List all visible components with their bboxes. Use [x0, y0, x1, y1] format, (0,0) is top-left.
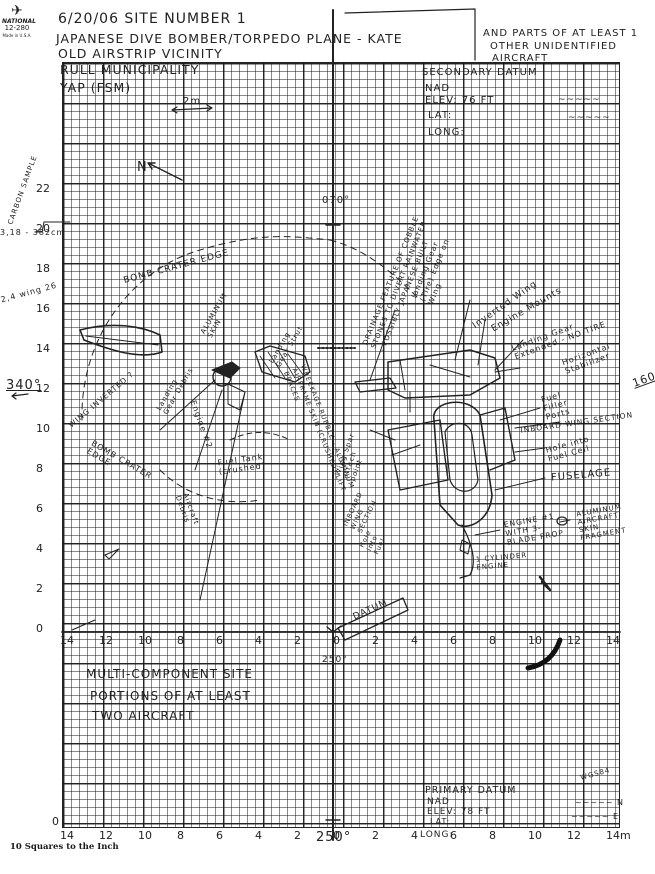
made-in: Made in U.S.A. — [2, 32, 32, 39]
x-axis-label: 4 — [411, 634, 418, 647]
y-axis-label: 12 — [36, 382, 50, 395]
x-axis-label: 10 — [138, 634, 152, 647]
bottom-y-zero: 0 — [52, 815, 59, 828]
aircraft-description-b: AND PARTS OF AT LEAST 1 — [483, 28, 638, 39]
region: YAP (FSM) — [60, 80, 131, 95]
x-axis-label: 0 — [333, 829, 340, 842]
y-axis-label: 6 — [36, 502, 43, 515]
x-axis-label: 4 — [255, 829, 262, 842]
carbon-sample-note: CARBON SAMPLE — [6, 154, 39, 225]
y-axis-label: 0 — [36, 622, 43, 635]
x-axis-label: 12 — [99, 829, 113, 842]
secondary-datum-redacted-lat: ~~~~~ — [558, 95, 601, 105]
x-axis-label: 8 — [177, 634, 184, 647]
x-axis-label: 2 — [372, 634, 379, 647]
x-axis-label: 2 — [294, 634, 301, 647]
secondary-datum-lat: LAT: — [428, 110, 452, 121]
x-axis-label: 8 — [489, 634, 496, 647]
primary-datum-title: PRIMARY DATUM — [425, 785, 517, 796]
bearing-160: 160° — [631, 367, 655, 390]
primary-datum-lat: LAT: — [430, 817, 450, 826]
x-axis-label: 4 — [255, 634, 262, 647]
x-axis-label: 8 — [489, 829, 496, 842]
y-axis-label: 14 — [36, 342, 50, 355]
primary-datum-nad: NAD — [427, 797, 450, 807]
x-axis-label: 12 — [567, 829, 581, 842]
site-location: OLD AIRSTRIP VICINITY — [58, 46, 223, 61]
primary-datum-redacted-long: ~~~~~ E — [571, 812, 619, 821]
x-axis-label: 14 — [60, 634, 74, 647]
site-note-line1: MULTI-COMPONENT SITE — [86, 667, 253, 681]
y-axis-label: 20 — [36, 222, 50, 235]
y-axis-label: 22 — [36, 182, 50, 195]
paper-footer-note: 10 Squares to the Inch — [10, 842, 119, 852]
x-axis-label: 6 — [216, 634, 223, 647]
x-axis-label: 14 — [60, 829, 74, 842]
x-axis-label: 2 — [294, 829, 301, 842]
x-axis-label: 4 — [411, 829, 418, 842]
paper-brand-logo: ✈ NATIONAL 12-280 Made in U.S.A. — [2, 4, 32, 39]
x-axis-label: 14m — [606, 829, 631, 842]
x-axis-label: 6 — [216, 829, 223, 842]
aircraft-description: JAPANESE DIVE BOMBER/TORPEDO PLANE - KAT… — [56, 31, 403, 46]
y-axis-label: 10 — [36, 422, 50, 435]
aircraft-description-c: OTHER UNIDENTIFIED — [490, 41, 617, 52]
secondary-datum-title: SECONDARY DATUM — [422, 67, 538, 78]
x-axis-label: 10 — [528, 829, 542, 842]
y-axis-label: 8 — [36, 462, 43, 475]
x-axis-label: 10 — [528, 634, 542, 647]
secondary-datum-nad: NAD — [425, 83, 450, 94]
x-axis-label: 14 — [606, 634, 620, 647]
catalog-number: 12-280 — [2, 25, 32, 32]
wing-sample-note: 2,4 wing 26 — [0, 281, 58, 305]
municipality: RULL MUNICIPALITY — [60, 62, 199, 77]
secondary-datum-redacted-long: ~~~~~ — [568, 113, 611, 123]
x-axis-label: 2 — [372, 829, 379, 842]
x-axis-label: 12 — [567, 634, 581, 647]
bearing-070: 070° — [322, 195, 350, 206]
date-site-number: 6/20/06 SITE NUMBER 1 — [58, 11, 247, 27]
scale-label: 2m — [183, 96, 201, 107]
sample-depth-note: 3,18 - 382cm — [0, 228, 65, 237]
secondary-datum-elev: ELEV: 76 FT — [425, 95, 494, 106]
primary-datum-elev: ELEV: 78 FT — [427, 807, 491, 817]
x-axis-label: 12 — [99, 634, 113, 647]
north-label: N — [137, 160, 148, 175]
brand-mark-icon: ✈ — [2, 4, 32, 18]
primary-datum-long: LONG: — [420, 830, 454, 840]
secondary-datum-long: LONG: — [428, 127, 465, 138]
x-axis-label: 0 — [333, 634, 340, 647]
y-axis-label: 4 — [36, 542, 43, 555]
x-axis-label: 6 — [450, 634, 457, 647]
aircraft-description-d: AIRCRAFT — [492, 53, 548, 64]
y-axis-label: 18 — [36, 262, 50, 275]
bearing-250-mid: 250° — [322, 655, 348, 665]
x-axis-label: 10 — [138, 829, 152, 842]
y-axis-label: 2 — [36, 582, 43, 595]
site-note-line3: TWO AIRCRAFT — [92, 709, 194, 723]
x-axis-label: 8 — [177, 829, 184, 842]
y-axis-label: 16 — [36, 302, 50, 315]
primary-datum-redacted-lat: ~~~~~ N — [575, 798, 624, 807]
site-note-line2: PORTIONS OF AT LEAST — [90, 689, 251, 703]
